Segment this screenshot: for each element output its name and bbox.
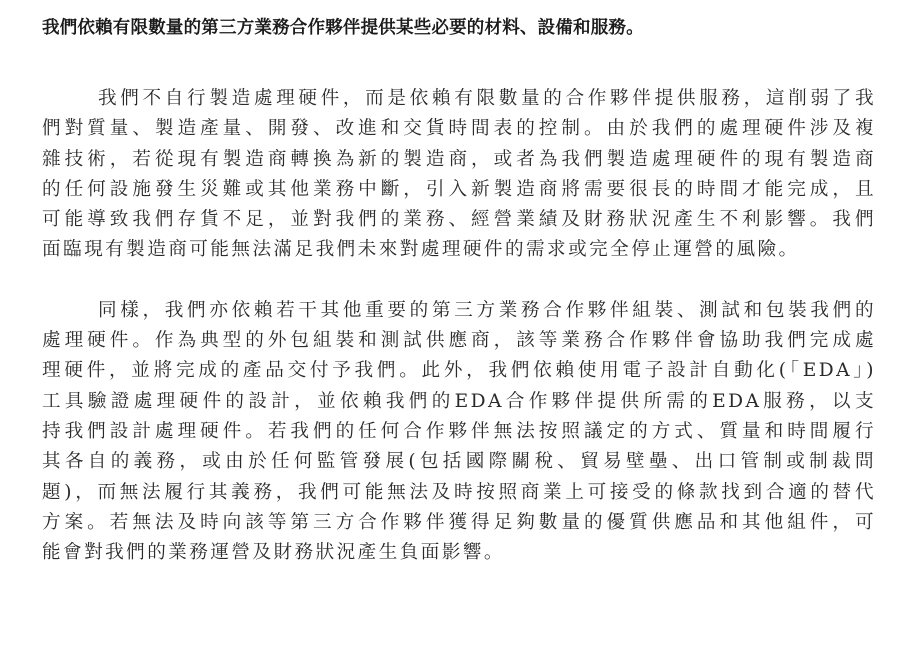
paragraph-line: 持我們設計處理硬件。若我們的任何合作夥伴無法按照議定的方式、質量和時間履行 [42,417,876,447]
section-heading: 我們依賴有限數量的第三方業務合作夥伴提供某些必要的材料、設備和服務。 [42,14,876,42]
paragraph-line: 雜技術，若從現有製造商轉換為新的製造商，或者為我們製造處理硬件的現有製造商 [42,145,876,175]
paragraph-line: 理硬件，並將完成的產品交付予我們。此外，我們依賴使用電子設計自動化(「EDA」) [42,356,876,386]
paragraph-manufacturers: 我們不自行製造處理硬件，而是依賴有限數量的合作夥伴提供服務，這削弱了我 們對質量… [42,84,876,266]
paragraph-line: 方案。若無法及時向該等第三方合作夥伴獲得足夠數量的優質供應品和其他組件，可 [42,508,876,538]
paragraph-line: 可能導致我們存貨不足，並對我們的業務、經營業績及財務狀況產生不利影響。我們 [42,205,876,235]
paragraph-line: 其各自的義務，或由於任何監管發展(包括國際關稅、貿易壁壘、出口管制或制裁問 [42,447,876,477]
paragraph-line: 能會對我們的業務運營及財務狀況產生負面影響。 [42,538,876,568]
paragraph-line: 的任何設施發生災難或其他業務中斷，引入新製造商將需要很長的時間才能完成，且 [42,175,876,205]
paragraph-line: 我們不自行製造處理硬件，而是依賴有限數量的合作夥伴提供服務，這削弱了我 [42,84,876,114]
paragraph-line: 工具驗證處理硬件的設計，並依賴我們的EDA合作夥伴提供所需的EDA服務，以支 [42,387,876,417]
paragraph-line: 同樣，我們亦依賴若干其他重要的第三方業務合作夥伴組裝、測試和包裝我們的 [42,296,876,326]
document-page: 我們依賴有限數量的第三方業務合作夥伴提供某些必要的材料、設備和服務。 我們不自行… [42,14,876,598]
paragraph-line: 題)，而無法履行其義務，我們可能無法及時按照商業上可接受的條款找到合適的替代 [42,478,876,508]
paragraph-line: 面臨現有製造商可能無法滿足我們未來對處理硬件的需求或完全停止運營的風險。 [42,235,876,265]
paragraph-line: 們對質量、製造產量、開發、改進和交貨時間表的控制。由於我們的處理硬件涉及複 [42,114,876,144]
paragraph-partners: 同樣，我們亦依賴若干其他重要的第三方業務合作夥伴組裝、測試和包裝我們的 處理硬件… [42,296,876,569]
paragraph-line: 處理硬件。作為典型的外包組裝和測試供應商，該等業務合作夥伴會協助我們完成處 [42,326,876,356]
